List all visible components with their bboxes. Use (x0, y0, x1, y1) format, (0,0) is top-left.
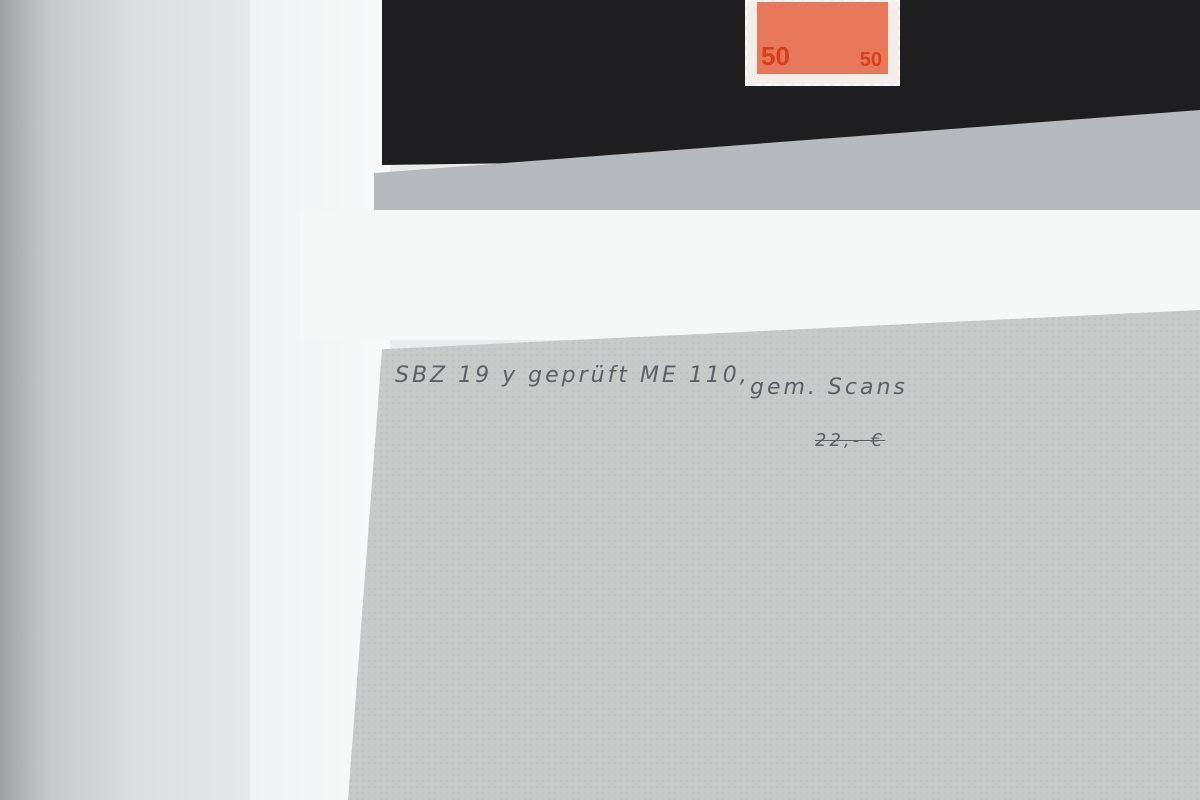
note-line-1: SBZ 19 y geprüft ME 110, (395, 363, 750, 388)
stamp-value-right: 50 (860, 49, 882, 72)
note-line-2: gem. Scans (750, 375, 908, 400)
stamp-value-left: 50 (761, 41, 790, 72)
album-sleeve (0, 0, 250, 800)
postage-stamp: 50 50 (745, 0, 900, 86)
note-price: 22,- € (815, 430, 885, 451)
